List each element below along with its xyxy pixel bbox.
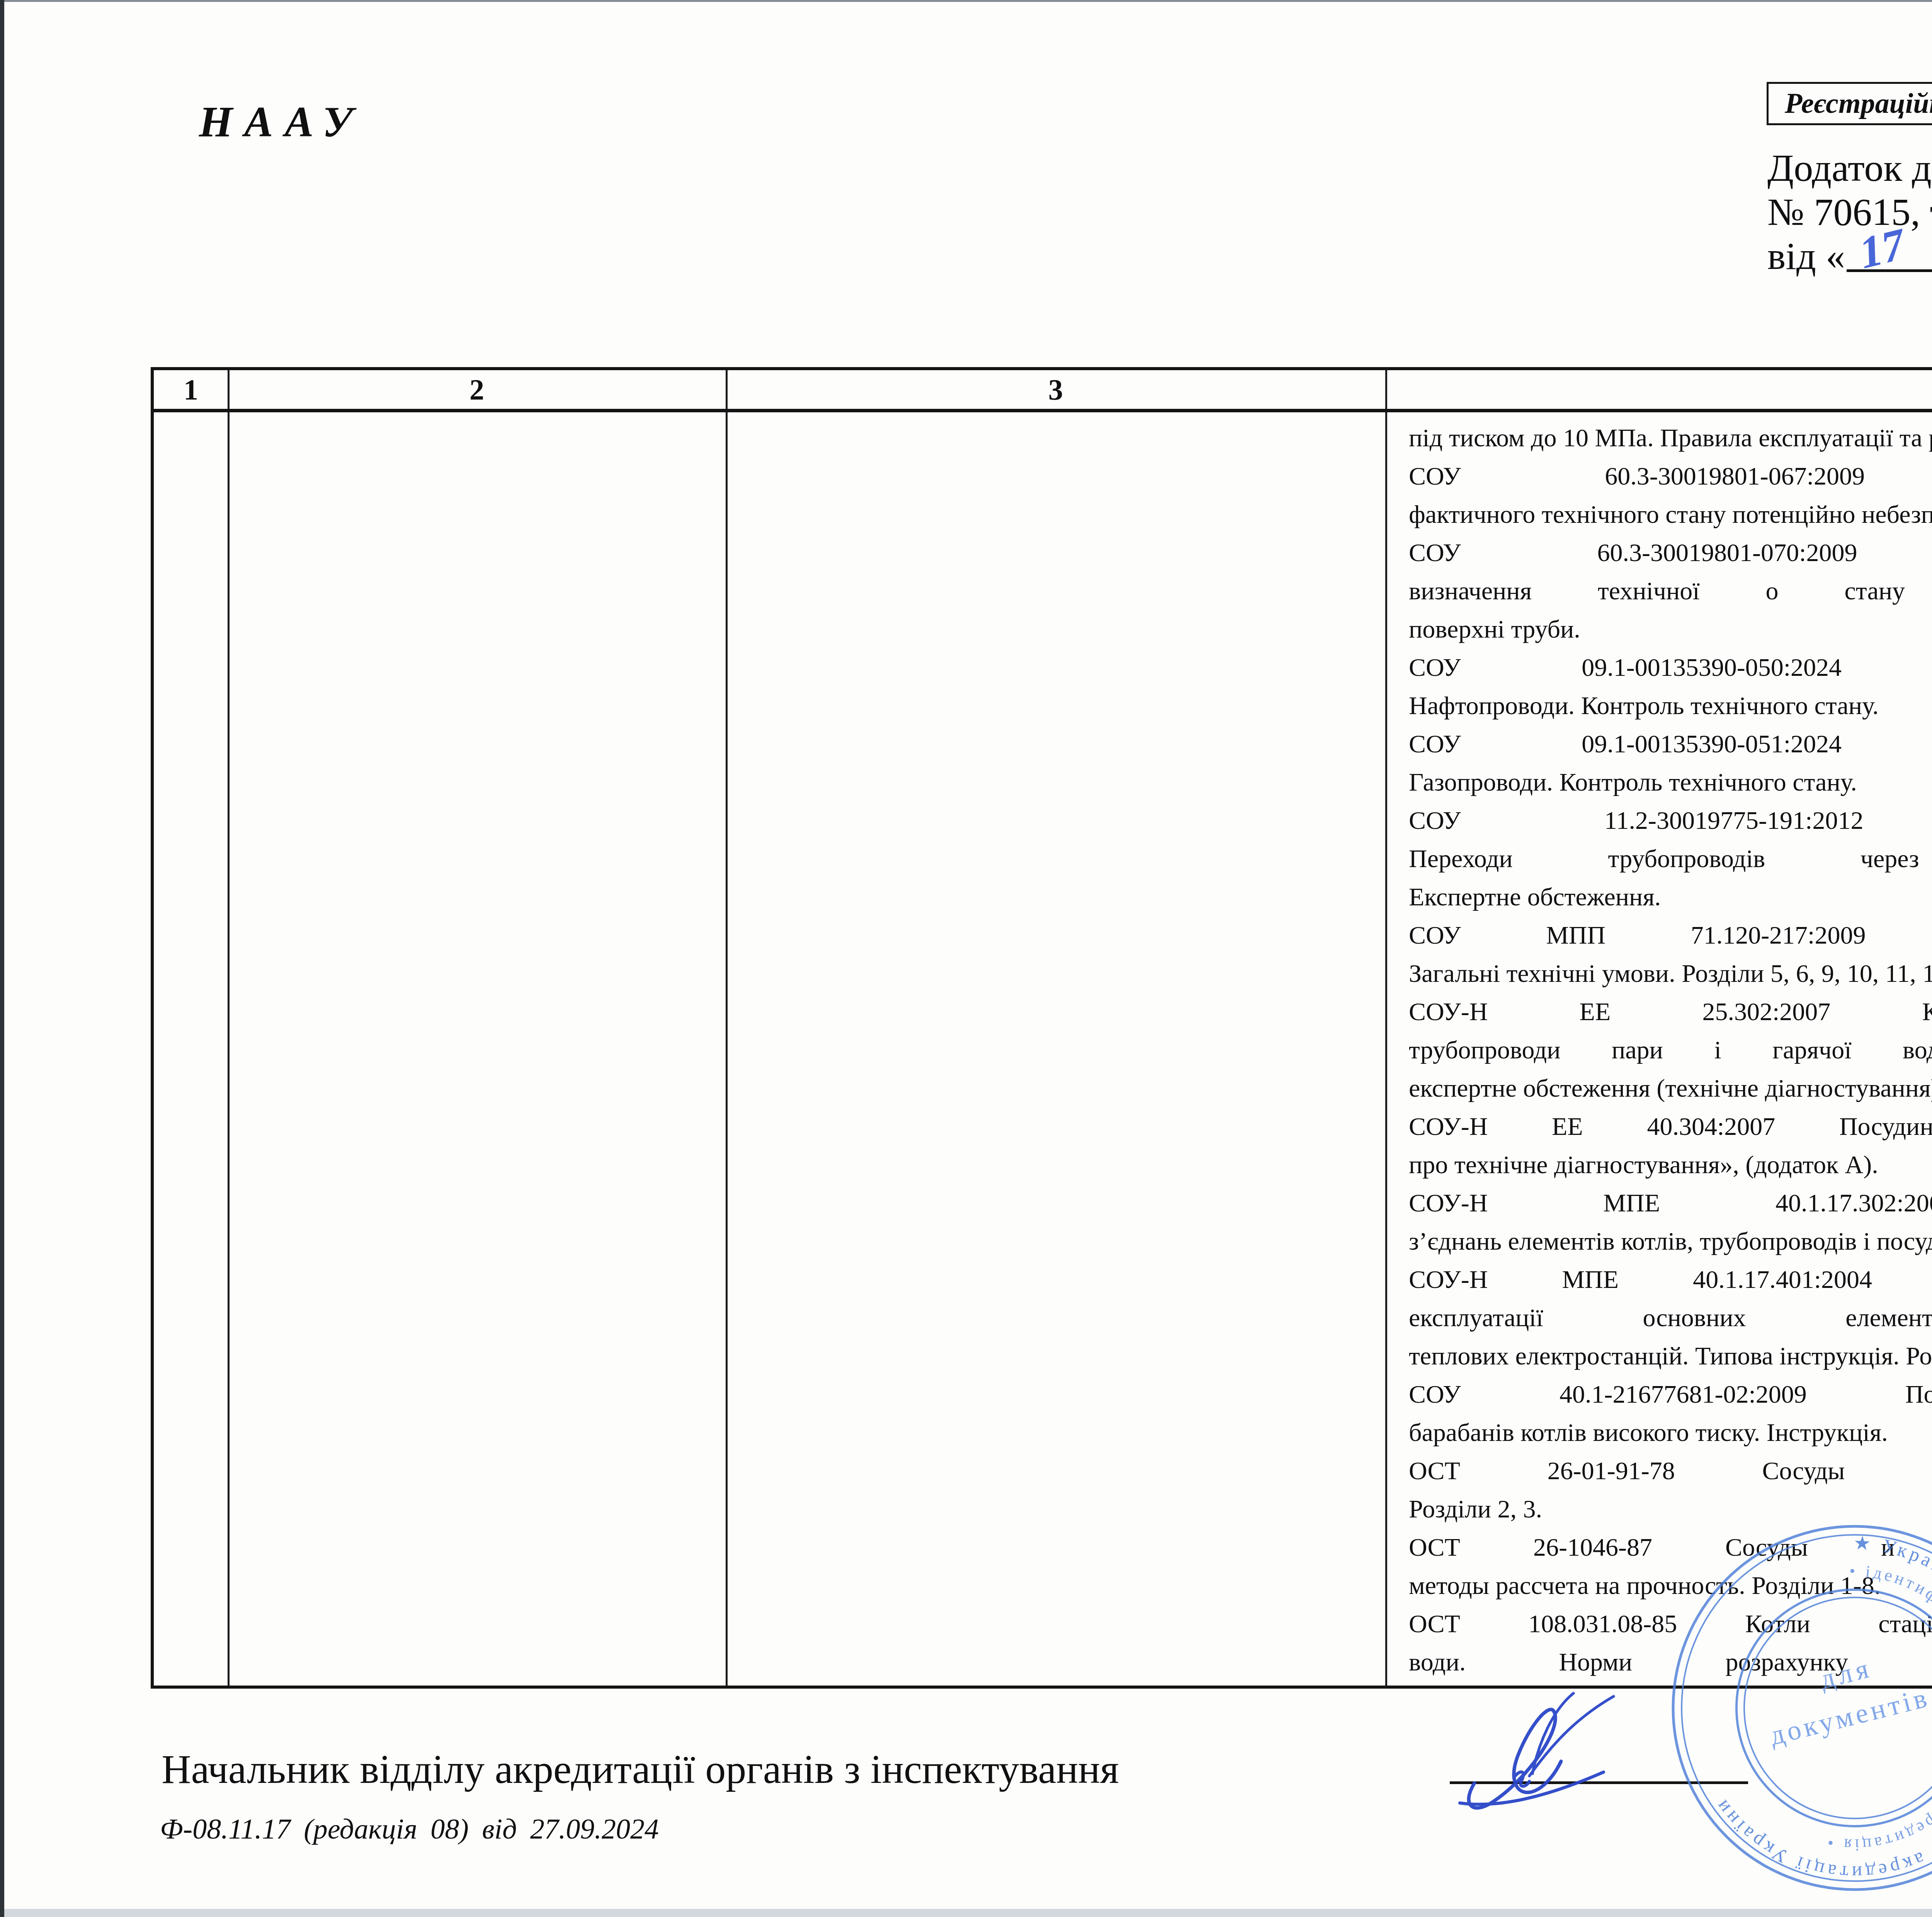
- standard-text-line: СОУ МПП 71.120-217:2009 Посудини та апар…: [1409, 916, 1932, 954]
- column-header-3: 3: [1048, 373, 1063, 407]
- form-code: Ф-08.11.17 (редакція 08) від 27.09.2024: [160, 1813, 659, 1846]
- standard-text-line: СОУ-Н МПЕ 40.1.17.302:2005 Ультразвукови…: [1409, 1184, 1932, 1222]
- standard-text-line: теплових електростанцій. Типова інструкц…: [1409, 1337, 1932, 1375]
- standard-text-line: СОУ 11.2-30019775-191:2012 Трубопроводи …: [1409, 801, 1932, 840]
- date-blank-underline: 17: [1847, 240, 1932, 272]
- standard-text-line: СОУ 09.1-00135390-050:2024 Нафтова і газ…: [1409, 648, 1932, 687]
- column-header-1: 1: [184, 373, 198, 407]
- standard-text-line: барабанів котлів високого тиску. Інструк…: [1409, 1414, 1932, 1452]
- column-border-2-3: [726, 370, 728, 1686]
- header-row-border: [154, 409, 1932, 412]
- registration-number-box: Реєстраційний номер ООВ 70615: [1767, 82, 1932, 125]
- handwritten-day: 17: [1860, 221, 1905, 277]
- officer-title: Начальник відділу акредитації органів з …: [162, 1746, 1119, 1793]
- title-line-1: Додаток до атестата про акредитацію: [1767, 146, 1932, 190]
- standard-text-line: СОУ 60.3-30019801-070:2009 Магістральні …: [1409, 534, 1932, 572]
- standard-text-line: з’єднань елементів котлів, трубопроводів…: [1409, 1222, 1932, 1260]
- scan-top-edge: [0, 0, 1932, 2]
- standard-text-line: експертне обстеження (технічне діагносту…: [1409, 1069, 1932, 1107]
- title-line-2: № 70615, тип А: [1767, 190, 1932, 234]
- standard-text-line: Експертне обстеження.: [1409, 878, 1932, 916]
- standard-text-line: СОУ 60.3-30019801-067:2009 Магістральні …: [1409, 457, 1932, 495]
- standard-text-line: експлуатації основних елементів котлів, …: [1409, 1299, 1932, 1337]
- document-title-block: Додаток до атестата про акредитацію № 70…: [1767, 146, 1932, 278]
- standard-text-line: про технічне діагностування», (додаток А…: [1409, 1146, 1932, 1184]
- standard-text-line: Загальні технічні умови. Розділи 5, 6, 9…: [1409, 954, 1932, 993]
- scan-bottom-edge: [0, 1909, 1932, 1917]
- standard-text-line: під тиском до 10 МПа. Правила експлуатац…: [1409, 419, 1932, 457]
- round-stamp: ★ Україна ★ Національне агентство з акре…: [1666, 1519, 1932, 1897]
- column-border-3-4: [1385, 370, 1387, 1686]
- standard-text-line: Газопроводи. Контроль технічного стану.: [1409, 763, 1932, 801]
- column-header-2: 2: [469, 373, 484, 407]
- standard-text-line: Нафтопроводи. Контроль технічного стану.: [1409, 687, 1932, 725]
- stamp-center-text-line1: для: [1817, 1652, 1875, 1695]
- registration-number-label: Реєстраційний номер ООВ: [1769, 84, 1932, 123]
- standard-text-line: поверхні труби.: [1409, 610, 1932, 648]
- standard-text-line: визначення технічної о стану покриву та …: [1409, 572, 1932, 610]
- standard-text-line: фактичного технічного стану потенційно н…: [1409, 495, 1932, 534]
- scanned-document-page: НААУ Реєстраційний номер ООВ 70615 Додат…: [0, 0, 1932, 1917]
- standard-text-line: СОУ 09.1-00135390-051:2024 Нафтова і газ…: [1409, 725, 1932, 763]
- standard-text-line: трубопроводи пари і гарячої води з тиско…: [1409, 1031, 1932, 1069]
- standard-text-line: Переходи трубопроводів через автомобільн…: [1409, 840, 1932, 878]
- stamp-center-text-line2: документів: [1767, 1682, 1932, 1751]
- standard-text-line: СОУ 40.1-21677681-02:2009 Порядок продов…: [1409, 1375, 1932, 1414]
- handwritten-signature: [1437, 1680, 1654, 1823]
- column-border-1-2: [228, 370, 230, 1686]
- column4-standards-text: під тиском до 10 МПа. Правила експлуатац…: [1409, 419, 1932, 1681]
- title-date-line: від «17» грудня 2024р.: [1767, 234, 1932, 278]
- scan-left-edge: [0, 0, 4, 1917]
- naau-logo: НААУ: [199, 97, 364, 147]
- standard-text-line: СОУ-Н МПЕ 40.1.17.401:2004 Контроль мета…: [1409, 1260, 1932, 1299]
- standard-text-line: ОСТ 26-01-91-78 Сосуды высокого давления…: [1409, 1452, 1932, 1490]
- standards-table: 1 2 3 4 під тиском до 10 МПа. Правила ек…: [151, 367, 1932, 1689]
- date-prefix: від «: [1767, 235, 1845, 277]
- standard-text-line: СОУ-Н ЕЕ 40.304:2007 Посудини, що працюю…: [1409, 1107, 1932, 1146]
- standard-text-line: СОУ-Н ЕЕ 25.302:2007 Котли парові та вод…: [1409, 993, 1932, 1031]
